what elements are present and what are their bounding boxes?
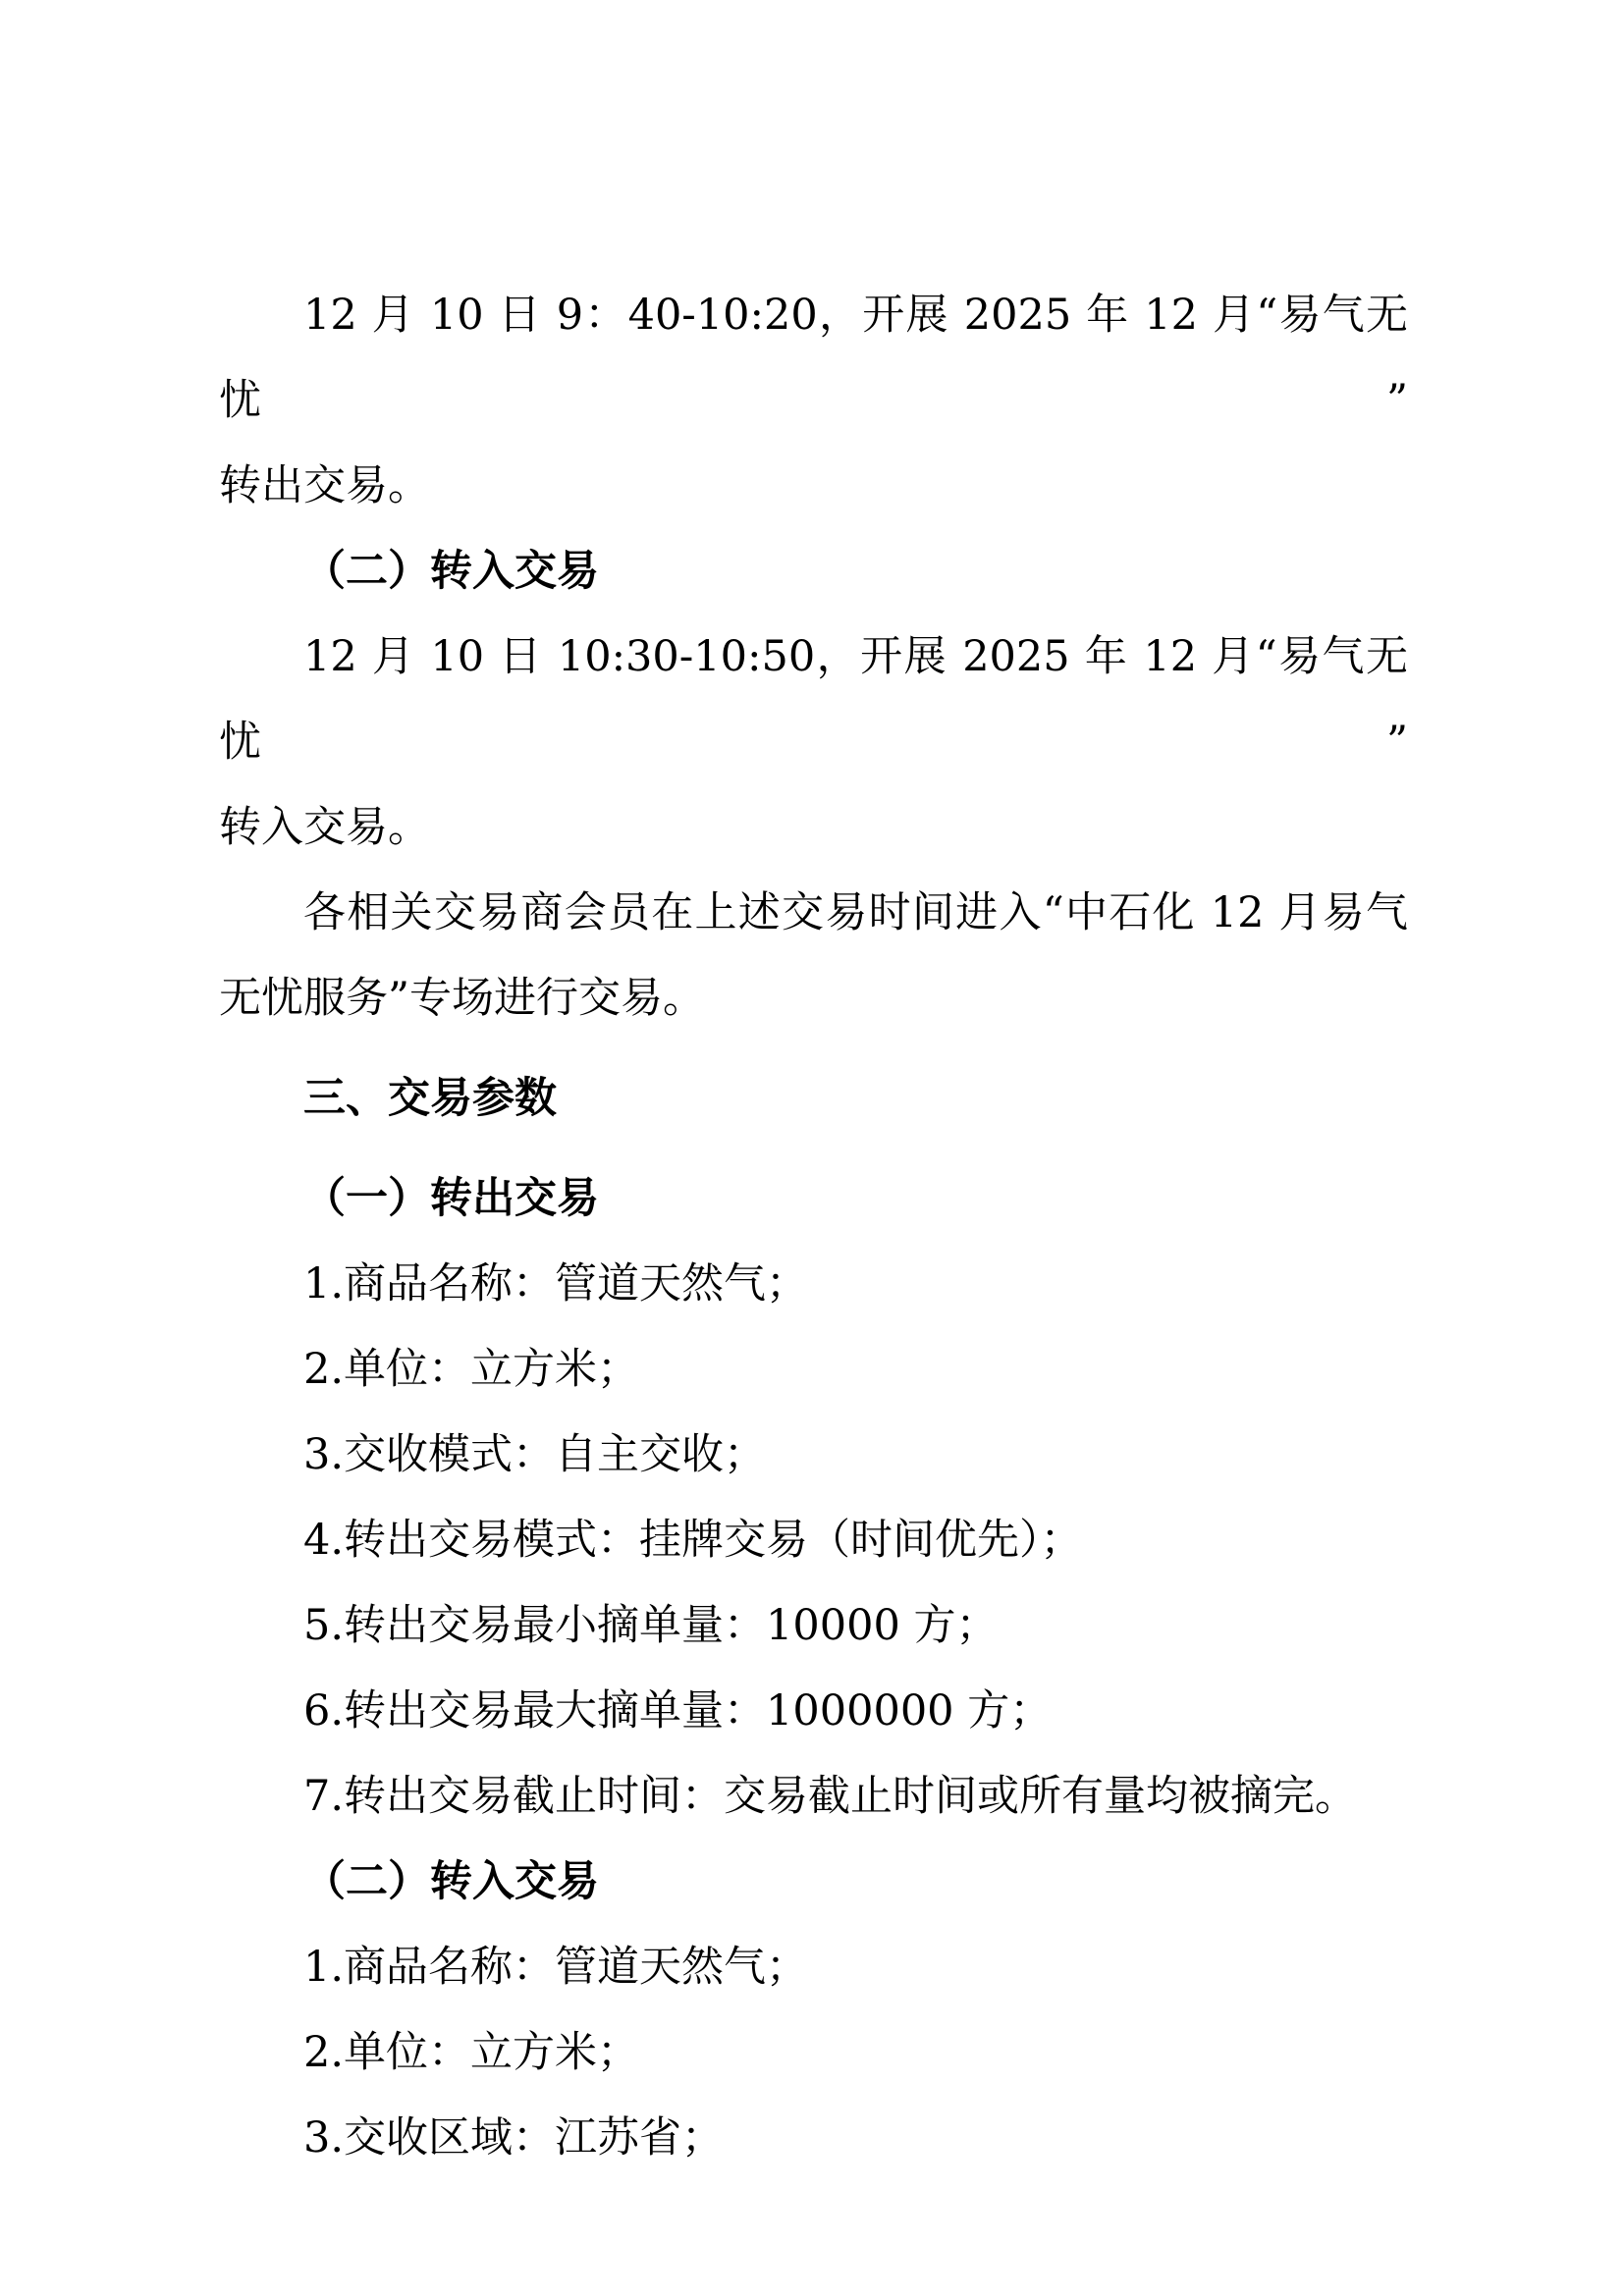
item-min-pickup-volume: 5.转出交易最小摘单量：10000 方； [219, 1583, 1408, 1669]
heading-transfer-in: （二）转入交易 [219, 529, 1408, 614]
document-content: 12 月 10 日 9：40-10:20，开展 2025 年 12 月“易气无忧… [0, 0, 1624, 2296]
heading-transfer-out-params: （一）转出交易 [219, 1156, 1408, 1242]
para-transfer-in-time-line1: 12 月 10 日 10:30-10:50，开展 2025 年 12 月“易气无… [219, 614, 1408, 785]
item-transfer-out-deadline: 7.转出交易截止时间：交易截止时间或所有量均被摘完。 [219, 1754, 1408, 1840]
item-unit: 2.单位：立方米； [219, 1327, 1408, 1413]
item-max-pickup-volume: 6.转出交易最大摘单量：1000000 方； [219, 1669, 1408, 1754]
item-delivery-mode: 3.交收模式：自主交收； [219, 1413, 1408, 1498]
heading-trading-parameters: 三、交易参数 [219, 1056, 1408, 1142]
para-transfer-out-time-line1: 12 月 10 日 9：40-10:20，开展 2025 年 12 月“易气无忧… [219, 273, 1408, 444]
item-unit-2: 2.单位：立方米； [219, 2010, 1408, 2096]
item-product-name: 1.商品名称：管道天然气； [219, 1242, 1408, 1327]
para-transfer-out-time-line2: 转出交易。 [219, 444, 1408, 529]
para-transfer-in-time-line2: 转入交易。 [219, 785, 1408, 871]
para-session-entry-line1: 各相关交易商会员在上述交易时间进入“中石化 12 月易气 [219, 871, 1408, 956]
heading-transfer-in-params: （二）转入交易 [219, 1840, 1408, 1925]
item-product-name-2: 1.商品名称：管道天然气； [219, 1925, 1408, 2010]
document-page: 12 月 10 日 9：40-10:20，开展 2025 年 12 月“易气无忧… [0, 0, 1624, 2296]
item-transfer-out-mode: 4.转出交易模式：挂牌交易（时间优先）； [219, 1498, 1408, 1583]
para-session-entry-line2: 无忧服务”专场进行交易。 [219, 956, 1408, 1041]
item-delivery-region: 3.交收区域：江苏省； [219, 2096, 1408, 2181]
